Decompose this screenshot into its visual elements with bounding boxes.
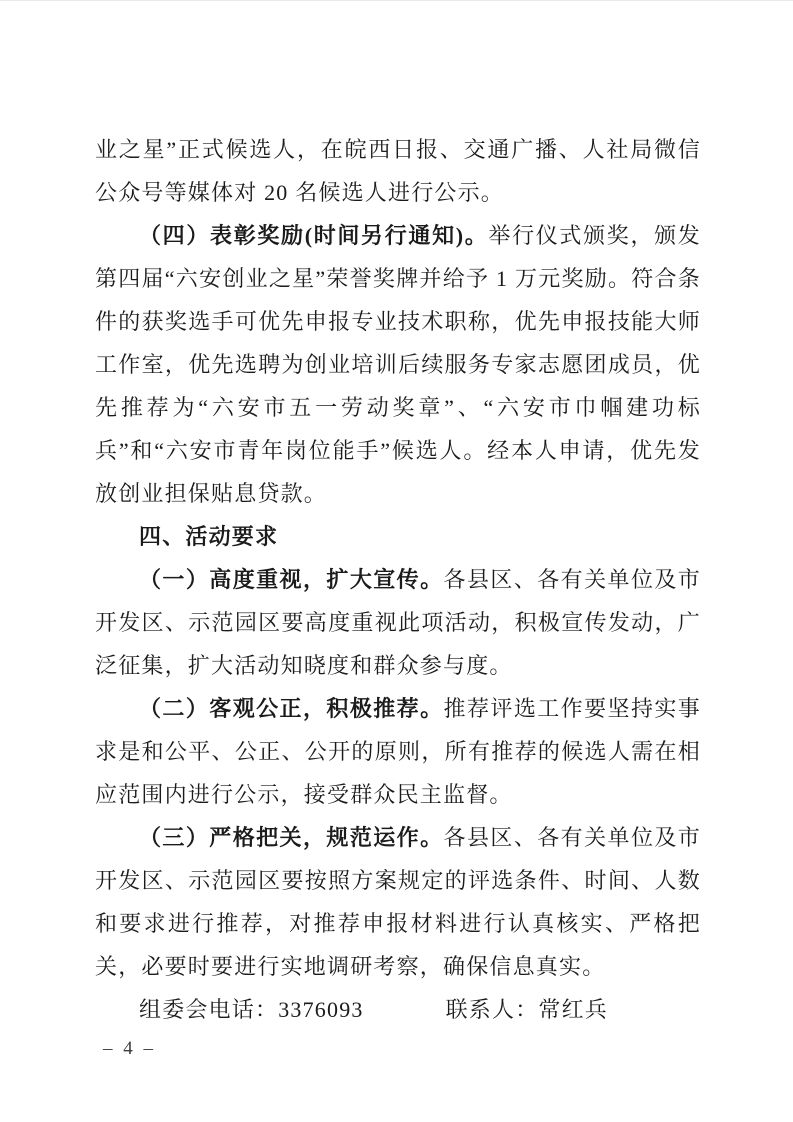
contact-person: 联系人：常红兵 <box>446 997 608 1022</box>
scan-edge-artifact <box>0 0 793 1</box>
paragraph-text: 举行仪式颁奖，颁发第四届“六安创业之星”荣誉奖牌并给予 1 万元奖励。符合条件的… <box>95 223 701 506</box>
paragraph-continuation: 业之星”正式候选人，在皖西日报、交通广播、人社局微信公众号等媒体对 20 名候选… <box>95 128 701 214</box>
paragraph-item-4: （四）表彰奖励(时间另行通知)。举行仪式颁奖，颁发第四届“六安创业之星”荣誉奖牌… <box>95 214 701 515</box>
section-heading-requirements: 四、活动要求 <box>95 515 701 558</box>
section-heading-text: 四、活动要求 <box>139 524 278 549</box>
document-page: 业之星”正式候选人，在皖西日报、交通广播、人社局微信公众号等媒体对 20 名候选… <box>0 0 793 1122</box>
committee-phone: 组委会电话：3376093 <box>139 997 364 1022</box>
contact-line: 组委会电话：3376093联系人：常红兵 <box>95 988 701 1031</box>
paragraph-item-2: （二）客观公正，积极推荐。推荐评选工作要坚持实事求是和公平、公正、公开的原则，所… <box>95 687 701 816</box>
paragraph-item-3: （三）严格把关，规范运作。各县区、各有关单位及市开发区、示范园区要按照方案规定的… <box>95 816 701 988</box>
paragraph-bold-lead: （四）表彰奖励(时间另行通知)。 <box>139 223 488 248</box>
page-number: – 4 – <box>103 1038 156 1060</box>
paragraph-bold-lead: （一）高度重视，扩大宣传。 <box>139 567 444 592</box>
paragraph-text: 业之星”正式候选人，在皖西日报、交通广播、人社局微信公众号等媒体对 20 名候选… <box>95 137 701 205</box>
paragraph-bold-lead: （三）严格把关，规范运作。 <box>139 825 444 850</box>
paragraph-bold-lead: （二）客观公正，积极推荐。 <box>139 696 444 721</box>
document-body: 业之星”正式候选人，在皖西日报、交通广播、人社局微信公众号等媒体对 20 名候选… <box>95 128 701 1031</box>
paragraph-item-1: （一）高度重视，扩大宣传。各县区、各有关单位及市开发区、示范园区要高度重视此项活… <box>95 558 701 687</box>
